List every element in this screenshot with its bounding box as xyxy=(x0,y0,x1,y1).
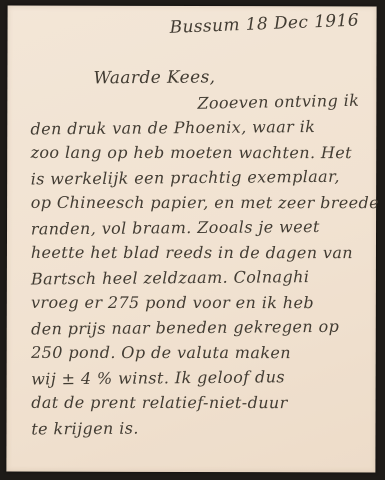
photo-background: Bussum 18 Dec 1916 Waarde Kees, Zooeven … xyxy=(0,0,385,480)
letter-line: is werkelijk een prachtig exemplaar, xyxy=(31,164,366,192)
letter-line: den prijs naar beneden gekregen op xyxy=(31,314,366,342)
letter-line: heette het blad reeds in de dagen van xyxy=(31,240,366,265)
letter-line: vroeg er 275 pond voor en ik heb xyxy=(31,290,366,315)
letter-line: 250 pond. Op de valuta maken xyxy=(31,340,366,365)
letter-line: te krijgen is. xyxy=(31,414,366,442)
letter-opening-line: Zooeven ontving ik xyxy=(197,91,359,113)
letter-salutation: Waarde Kees, xyxy=(93,67,215,88)
letter-line: randen, vol braam. Zooals je weet xyxy=(31,214,366,242)
letter-line: op Chineesch papier, en met zeer breede xyxy=(31,190,366,215)
letter-line: dat de prent relatief-niet-duur xyxy=(31,390,366,415)
letter-line: Bartsch heel zeldzaam. Colnaghi xyxy=(31,264,366,292)
letter-line: wij ± 4 % winst. Ik geloof dus xyxy=(31,364,366,392)
letter-line: zoo lang op heb moeten wachten. Het xyxy=(31,140,366,165)
letter-dateline: Bussum 18 Dec 1916 xyxy=(169,10,359,37)
letter-body: den druk van de Phoenix, waar ik zoo lan… xyxy=(30,115,366,441)
letter-line: den druk van de Phoenix, waar ik xyxy=(30,114,365,142)
letter-page: Bussum 18 Dec 1916 Waarde Kees, Zooeven … xyxy=(6,6,376,473)
